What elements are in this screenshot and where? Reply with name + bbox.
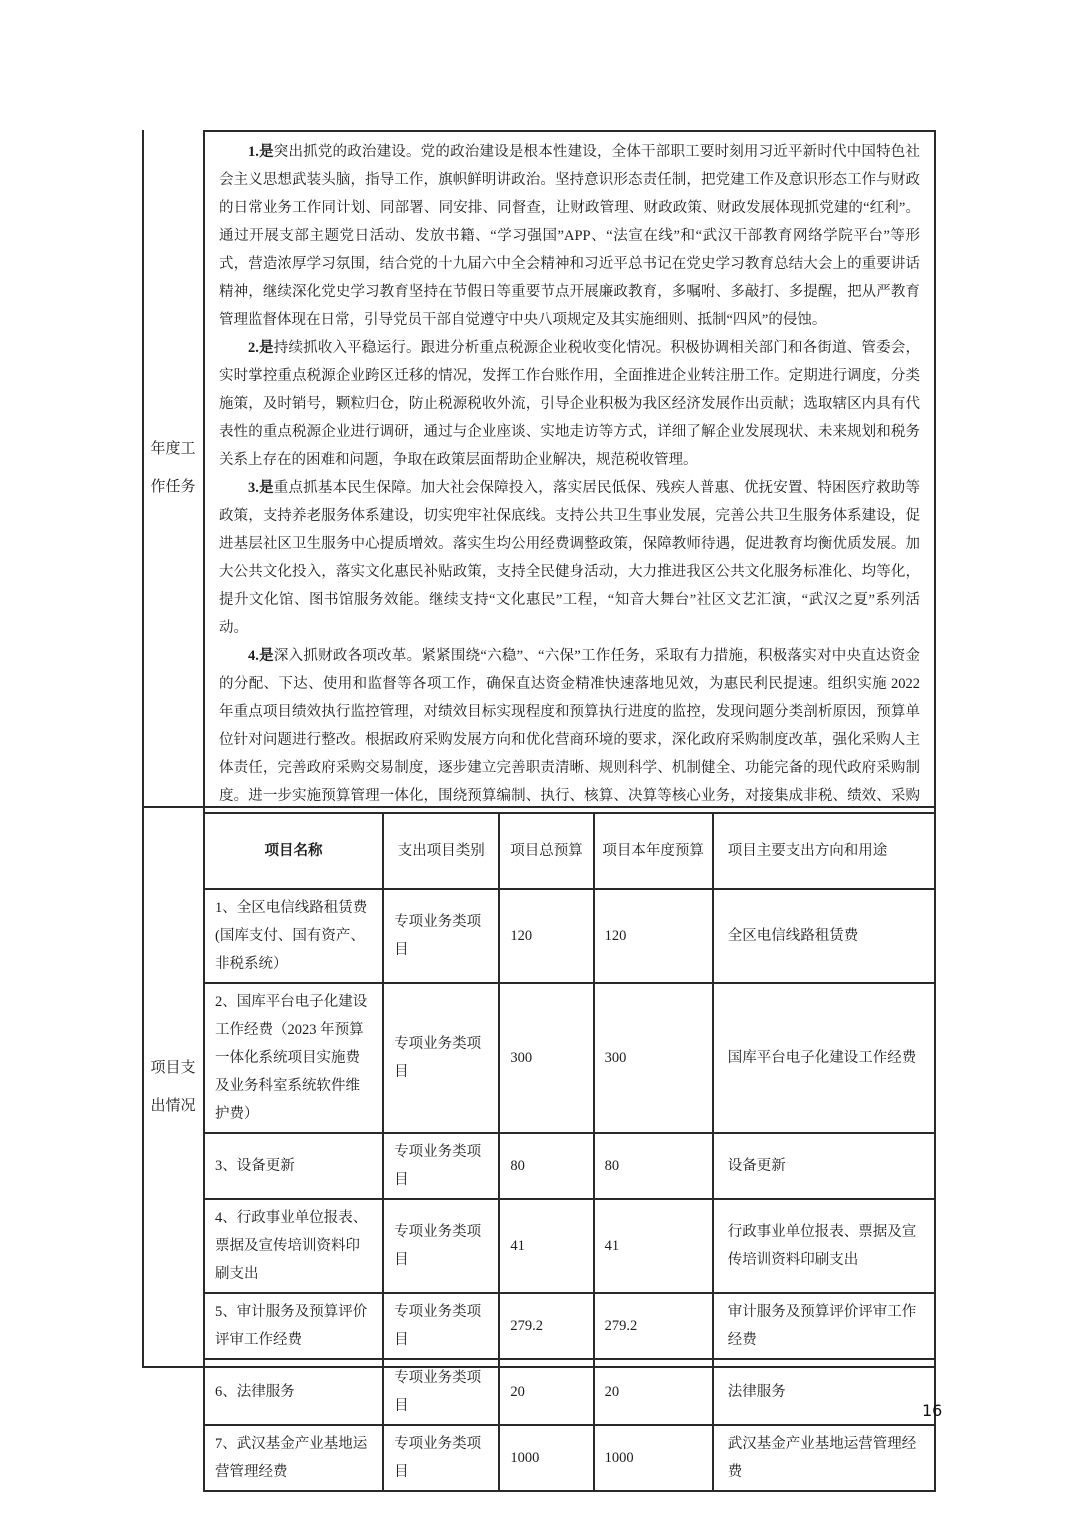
projects-table: 项目名称 支出项目类别 项目总预算 项目本年度预算 项目主要支出方向和用途 1、…	[203, 812, 936, 1492]
header-project-name: 项目名称	[204, 813, 383, 889]
project-total: 300	[499, 983, 593, 1133]
table-row: 5、审计服务及预算评价评审工作经费 专项业务类项目 279.2 279.2 审计…	[204, 1293, 935, 1359]
header-year-budget: 项目本年度预算	[594, 813, 713, 889]
task-paragraph-2: 2.是持续抓收入平稳运行。跟进分析重点税源企业税收变化情况。积极协调相关部门和各…	[219, 334, 920, 474]
row-label-annual-tasks: 年度工作任务	[144, 130, 203, 806]
project-category: 专项业务类项目	[383, 1133, 499, 1199]
table-row: 4、行政事业单位报表、票据及宣传培训资料印刷支出 专项业务类项目 41 41 行…	[204, 1199, 935, 1293]
project-name: 4、行政事业单位报表、票据及宣传培训资料印刷支出	[204, 1199, 383, 1293]
task-paragraph-1-text: 突出抓党的政治建设。党的政治建设是根本性建设，全体干部职工要时刻用习近平新时代中…	[219, 144, 920, 328]
project-purpose: 武汉基金产业基地运营管理经费	[713, 1425, 935, 1491]
table-row: 2、国库平台电子化建设工作经费（2023 年预算一体化系统项目实施费及业务科室系…	[204, 983, 935, 1133]
project-purpose: 行政事业单位报表、票据及宣传培训资料印刷支出	[713, 1199, 935, 1293]
table-row: 6、法律服务 专项业务类项目 20 20 法律服务	[204, 1359, 935, 1425]
projects-header-row: 项目名称 支出项目类别 项目总预算 项目本年度预算 项目主要支出方向和用途	[204, 813, 935, 889]
task-paragraph-4: 4.是深入抓财政各项改革。紧紧围绕“六稳”、“六保”工作任务，采取有力措施，积极…	[219, 642, 920, 804]
project-total: 80	[499, 1133, 593, 1199]
row-label-project-expenditure-text: 项目支出情况	[151, 1049, 197, 1125]
task-paragraph-4-lead: 4.是	[248, 648, 274, 664]
task-paragraph-3-text: 重点抓基本民生保障。加大社会保障投入，落实居民低保、残疾人普惠、优抚安置、特困医…	[219, 480, 920, 636]
project-total: 120	[499, 889, 593, 983]
project-category: 专项业务类项目	[383, 983, 499, 1133]
table-row: 1、全区电信线路租赁费(国库支付、国有资产、非税系统） 专项业务类项目 120 …	[204, 889, 935, 983]
task-paragraph-4-text: 深入抓财政各项改革。紧紧围绕“六稳”、“六保”工作任务，采取有力措施，积极落实对…	[219, 648, 920, 804]
project-purpose: 全区电信线路租赁费	[713, 889, 935, 983]
project-total: 20	[499, 1359, 593, 1425]
header-expense-category: 支出项目类别	[383, 813, 499, 889]
row-divider	[142, 806, 936, 808]
project-name: 6、法律服务	[204, 1359, 383, 1425]
project-category: 专项业务类项目	[383, 1199, 499, 1293]
document-page: { "annual_tasks": { "row_label": "年度工作任务…	[0, 0, 1074, 1520]
project-purpose: 国库平台电子化建设工作经费	[713, 983, 935, 1133]
task-paragraph-2-text: 持续抓收入平稳运行。跟进分析重点税源企业税收变化情况。积极协调相关部门和各街道、…	[219, 340, 920, 468]
project-category: 专项业务类项目	[383, 1425, 499, 1491]
header-total-budget: 项目总预算	[499, 813, 593, 889]
project-total: 279.2	[499, 1293, 593, 1359]
project-year: 120	[594, 889, 713, 983]
project-purpose: 审计服务及预算评价评审工作经费	[713, 1293, 935, 1359]
project-year: 20	[594, 1359, 713, 1425]
page-number: 16	[922, 1401, 942, 1420]
table-row: 7、武汉基金产业基地运营管理经费 专项业务类项目 1000 1000 武汉基金产…	[204, 1425, 935, 1491]
project-name: 7、武汉基金产业基地运营管理经费	[204, 1425, 383, 1491]
project-name: 5、审计服务及预算评价评审工作经费	[204, 1293, 383, 1359]
project-total: 41	[499, 1199, 593, 1293]
project-purpose: 法律服务	[713, 1359, 935, 1425]
task-paragraph-1: 1.是突出抓党的政治建设。党的政治建设是根本性建设，全体干部职工要时刻用习近平新…	[219, 138, 920, 334]
project-category: 专项业务类项目	[383, 1293, 499, 1359]
project-total: 1000	[499, 1425, 593, 1491]
header-purpose: 项目主要支出方向和用途	[713, 813, 935, 889]
annual-tasks-cell: 1.是突出抓党的政治建设。党的政治建设是根本性建设，全体干部职工要时刻用习近平新…	[205, 132, 934, 804]
row-label-project-expenditure: 项目支出情况	[144, 808, 203, 1366]
project-year: 279.2	[594, 1293, 713, 1359]
project-year: 1000	[594, 1425, 713, 1491]
project-year: 41	[594, 1199, 713, 1293]
project-name: 3、设备更新	[204, 1133, 383, 1199]
project-name: 2、国库平台电子化建设工作经费（2023 年预算一体化系统项目实施费及业务科室系…	[204, 983, 383, 1133]
project-purpose: 设备更新	[713, 1133, 935, 1199]
project-category: 专项业务类项目	[383, 889, 499, 983]
row-label-annual-tasks-text: 年度工作任务	[151, 430, 197, 506]
task-paragraph-2-lead: 2.是	[248, 340, 274, 356]
project-name: 1、全区电信线路租赁费(国库支付、国有资产、非税系统）	[204, 889, 383, 983]
table-row: 3、设备更新 专项业务类项目 80 80 设备更新	[204, 1133, 935, 1199]
project-year: 80	[594, 1133, 713, 1199]
task-paragraph-3: 3.是重点抓基本民生保障。加大社会保障投入，落实居民低保、残疾人普惠、优抚安置、…	[219, 474, 920, 642]
task-paragraph-1-lead: 1.是	[248, 144, 274, 160]
project-year: 300	[594, 983, 713, 1133]
task-paragraph-3-lead: 3.是	[248, 480, 274, 496]
project-category: 专项业务类项目	[383, 1359, 499, 1425]
